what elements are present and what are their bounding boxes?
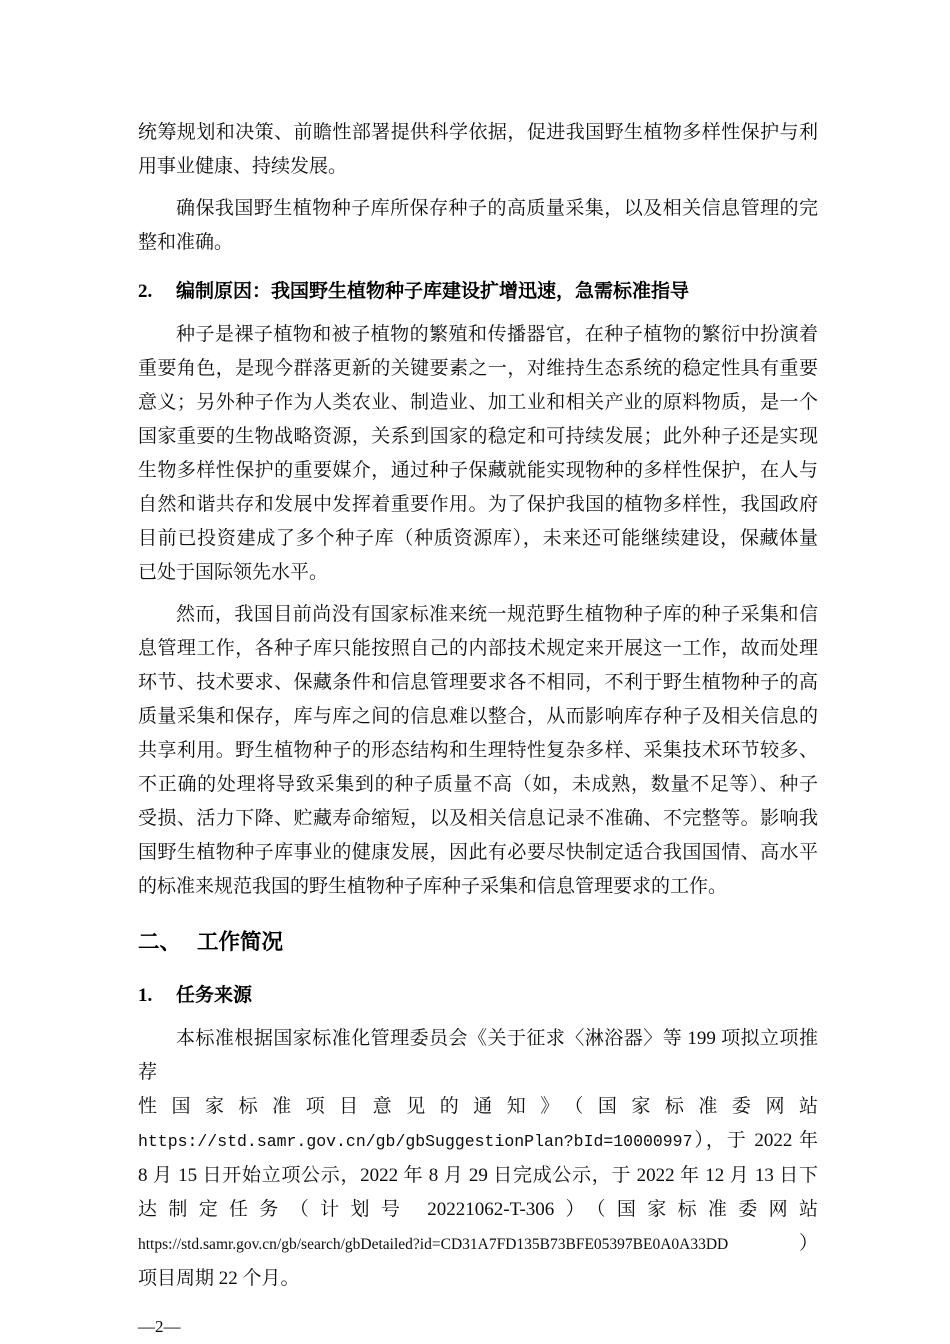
text-run: 已处于国际领先水平。: [138, 562, 328, 583]
text-line: https://std.samr.gov.cn/gb/gbSuggestionP…: [138, 1124, 818, 1159]
text-line: 息管理工作，各种子库只能按照自己的内部技术规定来开展这一工作，故而处理: [138, 632, 818, 666]
text-line: 达制定任务（计划号 20221062-T-306）（国家标准委网站: [138, 1193, 818, 1227]
text-run: 性国家标准项目意见的通知》（国家标准委网站: [138, 1096, 818, 1117]
text-run: 项目周期 22 个月。: [138, 1268, 300, 1289]
text-line: 8 月 15 日开始立项公示，2022 年 8 月 29 日完成公示，于 202…: [138, 1159, 818, 1193]
page-number-footer: —2—: [138, 1312, 818, 1342]
text-run: 种子是裸子植物和被子植物的繁殖和传播器官，在种子植物的繁衍中扮演着: [176, 324, 818, 345]
text-line: 已处于国际领先水平。: [138, 556, 818, 590]
text-line: 目前已投资建成了多个种子库（种质资源库），未来还可能继续建设，保藏体量: [138, 522, 818, 556]
text-line: 受损、活力下降、贮藏寿命缩短，以及相关信息记录不准确、不完整等。影响我: [138, 802, 818, 836]
text-run: 用事业健康、持续发展。: [138, 156, 347, 177]
text-run: 的标准来规范我国的野生植物种子库种子采集和信息管理要求的工作。: [138, 876, 727, 897]
text-line: 种子是裸子植物和被子植物的繁殖和传播器官，在种子植物的繁衍中扮演着: [138, 318, 818, 352]
text-line: 生物多样性保护的重要媒介，通过种子保藏就能实现物种的多样性保护，在人与: [138, 454, 818, 488]
text-run: 意义；另外种子作为人类农业、制造业、加工业和相关产业的原料物质，是一个: [138, 392, 818, 413]
heading-text: 编制原因：我国野生植物种子库建设扩增迅速，急需标准指导: [176, 281, 689, 302]
text-run: 本标准根据国家标准化管理委员会《关于征求〈淋浴器〉等 199 项拟立项推荐: [138, 1028, 818, 1083]
text-run: 目前已投资建成了多个种子库（种质资源库），未来还可能继续建设，保藏体量: [138, 528, 818, 549]
text-run: 自然和谐共存和发展中发挥着重要作用。为了保护我国的植物多样性，我国政府: [138, 494, 818, 515]
subsection-heading: 1.任务来源: [138, 978, 818, 1014]
text-run: 国野生植物种子库事业的健康发展，因此有必要尽快制定适合我国国情、高水平: [138, 842, 818, 863]
heading-number: 二、: [138, 930, 181, 954]
paragraph: 本标准根据国家标准化管理委员会《关于征求〈淋浴器〉等 199 项拟立项推荐性国家…: [138, 1022, 818, 1296]
text-line: 的标准来规范我国的野生植物种子库种子采集和信息管理要求的工作。: [138, 870, 818, 904]
text-run: 达制定任务（计划号 20221062-T-306）（国家标准委网站: [138, 1199, 818, 1220]
text-line: 然而，我国目前尚没有国家标准来统一规范野生植物种子库的种子采集和信: [138, 598, 818, 632]
text-run: 然而，我国目前尚没有国家标准来统一规范野生植物种子库的种子采集和信: [176, 604, 818, 625]
text-run: 国家重要的生物战略资源，关系到国家的稳定和可持续发展；此外种子还是实现: [138, 426, 818, 447]
text-run: 质量采集和保存，库与库之间的信息难以整合，从而影响库存种子及相关信息的: [138, 706, 818, 727]
text-line: 不正确的处理将导致采集到的种子质量不高（如，未成熟，数量不足等）、种子: [138, 768, 818, 802]
text-run: 环节、技术要求、保藏条件和信息管理要求各不相同，不利于野生植物种子的高: [138, 672, 818, 693]
heading-number: 1.: [138, 978, 176, 1014]
text-line: 质量采集和保存，库与库之间的信息难以整合，从而影响库存种子及相关信息的: [138, 700, 818, 734]
subsection-heading: 2.编制原因：我国野生植物种子库建设扩增迅速，急需标准指导: [138, 274, 818, 310]
section-heading: 二、工作简况: [138, 920, 818, 964]
text-line: https://std.samr.gov.cn/gb/search/gbDeta…: [138, 1227, 818, 1262]
text-line: 确保我国野生植物种子库所保存种子的高质量采集，以及相关信息管理的完: [138, 192, 818, 226]
url-text: https://std.samr.gov.cn/gb/search/gbDeta…: [138, 1236, 728, 1253]
document-page: 统筹规划和决策、前瞻性部署提供科学依据，促进我国野生植物多样性保护与利用事业健康…: [0, 0, 950, 1344]
text-run: 不正确的处理将导致采集到的种子质量不高（如，未成熟，数量不足等）、种子: [138, 774, 818, 795]
text-line: 性国家标准项目意见的通知》（国家标准委网站: [138, 1090, 818, 1124]
text-run: 生物多样性保护的重要媒介，通过种子保藏就能实现物种的多样性保护，在人与: [138, 460, 818, 481]
text-run: 整和准确。: [138, 232, 233, 253]
paragraph: 统筹规划和决策、前瞻性部署提供科学依据，促进我国野生植物多样性保护与利用事业健康…: [138, 116, 818, 184]
text-line: 共享利用。野生植物种子的形态结构和生理特性复杂多样、采集技术环节较多、: [138, 734, 818, 768]
text-run: 息管理工作，各种子库只能按照自己的内部技术规定来开展这一工作，故而处理: [138, 638, 818, 659]
text-line: 环节、技术要求、保藏条件和信息管理要求各不相同，不利于野生植物种子的高: [138, 666, 818, 700]
text-line: 国家重要的生物战略资源，关系到国家的稳定和可持续发展；此外种子还是实现: [138, 420, 818, 454]
paragraph: 确保我国野生植物种子库所保存种子的高质量采集，以及相关信息管理的完整和准确。: [138, 192, 818, 260]
text-line: 统筹规划和决策、前瞻性部署提供科学依据，促进我国野生植物多样性保护与利: [138, 116, 818, 150]
text-line: 本标准根据国家标准化管理委员会《关于征求〈淋浴器〉等 199 项拟立项推荐: [138, 1022, 818, 1090]
text-run: 确保我国野生植物种子库所保存种子的高质量采集，以及相关信息管理的完: [176, 198, 818, 219]
text-run: 统筹规划和决策、前瞻性部署提供科学依据，促进我国野生植物多样性保护与利: [138, 122, 818, 143]
url-text: https://std.samr.gov.cn/gb/gbSuggestionP…: [138, 1132, 693, 1151]
text-line: 项目周期 22 个月。: [138, 1262, 818, 1296]
text-run: ）: [728, 1233, 818, 1254]
text-run: ），于 2022 年: [693, 1130, 819, 1151]
document-content: 统筹规划和决策、前瞻性部署提供科学依据，促进我国野生植物多样性保护与利用事业健康…: [138, 116, 818, 1296]
text-line: 自然和谐共存和发展中发挥着重要作用。为了保护我国的植物多样性，我国政府: [138, 488, 818, 522]
text-line: 国野生植物种子库事业的健康发展，因此有必要尽快制定适合我国国情、高水平: [138, 836, 818, 870]
text-line: 用事业健康、持续发展。: [138, 150, 818, 184]
text-line: 整和准确。: [138, 226, 818, 260]
paragraph: 种子是裸子植物和被子植物的繁殖和传播器官，在种子植物的繁衍中扮演着重要角色，是现…: [138, 318, 818, 590]
text-run: 受损、活力下降、贮藏寿命缩短，以及相关信息记录不准确、不完整等。影响我: [138, 808, 818, 829]
paragraph: 然而，我国目前尚没有国家标准来统一规范野生植物种子库的种子采集和信息管理工作，各…: [138, 598, 818, 904]
heading-text: 工作简况: [197, 930, 283, 954]
text-line: 意义；另外种子作为人类农业、制造业、加工业和相关产业的原料物质，是一个: [138, 386, 818, 420]
heading-text: 任务来源: [176, 985, 252, 1006]
text-run: 重要角色，是现今群落更新的关键要素之一，对维持生态系统的稳定性具有重要: [138, 358, 818, 379]
text-line: 重要角色，是现今群落更新的关键要素之一，对维持生态系统的稳定性具有重要: [138, 352, 818, 386]
text-run: 共享利用。野生植物种子的形态结构和生理特性复杂多样、采集技术环节较多、: [138, 740, 818, 761]
text-run: 8 月 15 日开始立项公示，2022 年 8 月 29 日完成公示，于 202…: [138, 1165, 818, 1186]
heading-number: 2.: [138, 274, 176, 310]
